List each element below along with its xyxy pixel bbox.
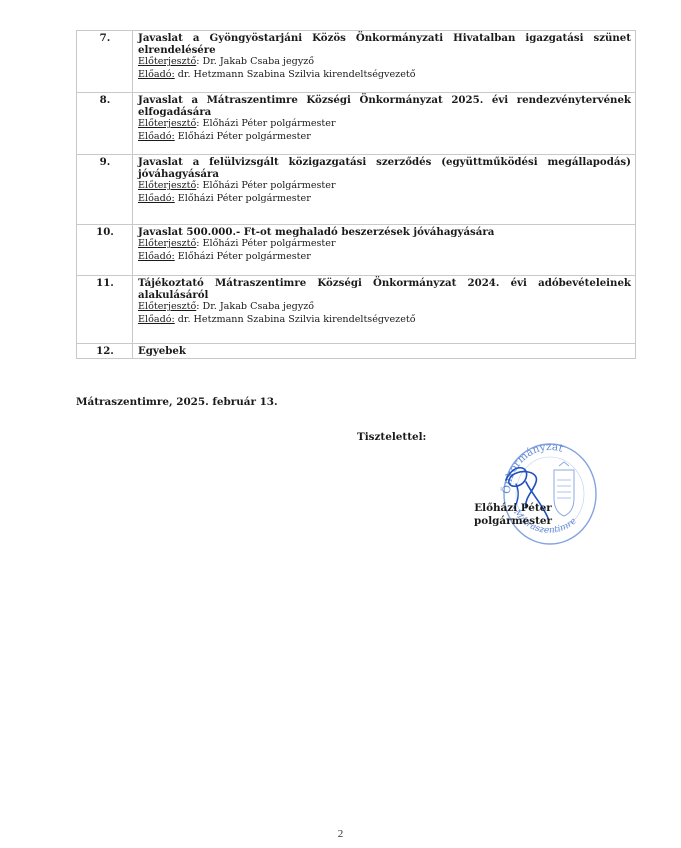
svg-text:Önkormányzat: Önkormányzat: [499, 441, 565, 494]
speaker-label: Előadó:: [138, 131, 175, 142]
presenter-label: Előterjesztő: [138, 118, 196, 129]
place-and-date: Mátraszentimre, 2025. február 13.: [76, 396, 278, 408]
agenda-item-title: Tájékoztató Mátraszentimre Községi Önkor…: [138, 277, 631, 301]
agenda-item-number: 8.: [77, 93, 133, 155]
presenter-line: Előterjesztő: Dr. Jakab Csaba jegyző: [138, 301, 631, 314]
agenda-item-number: 10.: [77, 225, 133, 276]
agenda-row: 9. Javaslat a felülvizsgált közigazgatás…: [77, 155, 636, 225]
page-number: 2: [0, 828, 681, 840]
presenter-name: : Előházi Péter polgármester: [196, 180, 335, 191]
agenda-row: 12. Egyebek: [77, 344, 636, 359]
presenter-label: Előterjesztő: [138, 180, 196, 191]
presenter-name: : Előházi Péter polgármester: [196, 118, 335, 129]
speaker-label: Előadó:: [138, 69, 175, 80]
presenter-label: Előterjesztő: [138, 238, 196, 249]
presenter-label: Előterjesztő: [138, 301, 196, 312]
speaker-name: Előházi Péter polgármester: [175, 193, 311, 204]
agenda-row: 8. Javaslat a Mátraszentimre Községi Önk…: [77, 93, 636, 155]
agenda-item-title: Javaslat a felülvizsgált közigazgatási s…: [138, 156, 631, 180]
agenda-item-number: 12.: [77, 344, 133, 359]
speaker-line: Előadó: dr. Hetzmann Szabina Szilvia kir…: [138, 69, 631, 82]
presenter-name: : Dr. Jakab Csaba jegyző: [196, 301, 314, 312]
presenter-line: Előterjesztő: Előházi Péter polgármester: [138, 118, 631, 131]
presenter-line: Előterjesztő: Előházi Péter polgármester: [138, 180, 631, 193]
speaker-line: Előadó: Előházi Péter polgármester: [138, 131, 631, 144]
agenda-row: 11. Tájékoztató Mátraszentimre Községi Ö…: [77, 276, 636, 344]
official-stamp-icon: Önkormányzat Mátraszentimre: [496, 432, 600, 550]
agenda-item-number: 7.: [77, 31, 133, 93]
agenda-item-content: Javaslat a Gyöngyöstarjáni Közös Önkormá…: [133, 31, 636, 93]
speaker-name: dr. Hetzmann Szabina Szilvia kirendeltsé…: [175, 314, 416, 325]
signer-title: polgármester: [458, 515, 568, 528]
agenda-item-title: Javaslat a Mátraszentimre Községi Önkorm…: [138, 94, 631, 118]
speaker-line: Előadó: dr. Hetzmann Szabina Szilvia kir…: [138, 314, 631, 327]
agenda-item-content: Tájékoztató Mátraszentimre Községi Önkor…: [133, 276, 636, 344]
agenda-item-content: Javaslat 500.000.- Ft-ot meghaladó besze…: [133, 225, 636, 276]
agenda-row: 7. Javaslat a Gyöngyöstarjáni Közös Önko…: [77, 31, 636, 93]
agenda-row: 10. Javaslat 500.000.- Ft-ot meghaladó b…: [77, 225, 636, 276]
speaker-label: Előadó:: [138, 193, 175, 204]
speaker-label: Előadó:: [138, 251, 175, 262]
presenter-line: Előterjesztő: Előházi Péter polgármester: [138, 238, 631, 251]
agenda-item-title: Egyebek: [138, 345, 631, 357]
speaker-label: Előadó:: [138, 314, 175, 325]
speaker-line: Előadó: Előházi Péter polgármester: [138, 251, 631, 264]
stamp-text-top: Önkormányzat: [499, 441, 565, 494]
agenda-item-content: Javaslat a felülvizsgált közigazgatási s…: [133, 155, 636, 225]
agenda-item-title: Javaslat 500.000.- Ft-ot meghaladó besze…: [138, 226, 631, 238]
speaker-name: Előházi Péter polgármester: [175, 131, 311, 142]
signature-block: Előházi Péter polgármester: [458, 502, 568, 527]
agenda-table: 7. Javaslat a Gyöngyöstarjáni Közös Önko…: [76, 30, 636, 359]
presenter-label: Előterjesztő: [138, 56, 196, 67]
presenter-name: : Dr. Jakab Csaba jegyző: [196, 56, 314, 67]
speaker-name: dr. Hetzmann Szabina Szilvia kirendeltsé…: [175, 69, 416, 80]
presenter-line: Előterjesztő: Dr. Jakab Csaba jegyző: [138, 56, 631, 69]
agenda-item-content: Egyebek: [133, 344, 636, 359]
agenda-item-number: 9.: [77, 155, 133, 225]
speaker-line: Előadó: Előházi Péter polgármester: [138, 193, 631, 206]
agenda-item-content: Javaslat a Mátraszentimre Községi Önkorm…: [133, 93, 636, 155]
closing-salutation: Tisztelettel:: [357, 431, 426, 443]
presenter-name: : Előházi Péter polgármester: [196, 238, 335, 249]
signer-name: Előházi Péter: [458, 502, 568, 515]
speaker-name: Előházi Péter polgármester: [175, 251, 311, 262]
agenda-item-number: 11.: [77, 276, 133, 344]
agenda-item-title: Javaslat a Gyöngyöstarjáni Közös Önkormá…: [138, 32, 631, 56]
